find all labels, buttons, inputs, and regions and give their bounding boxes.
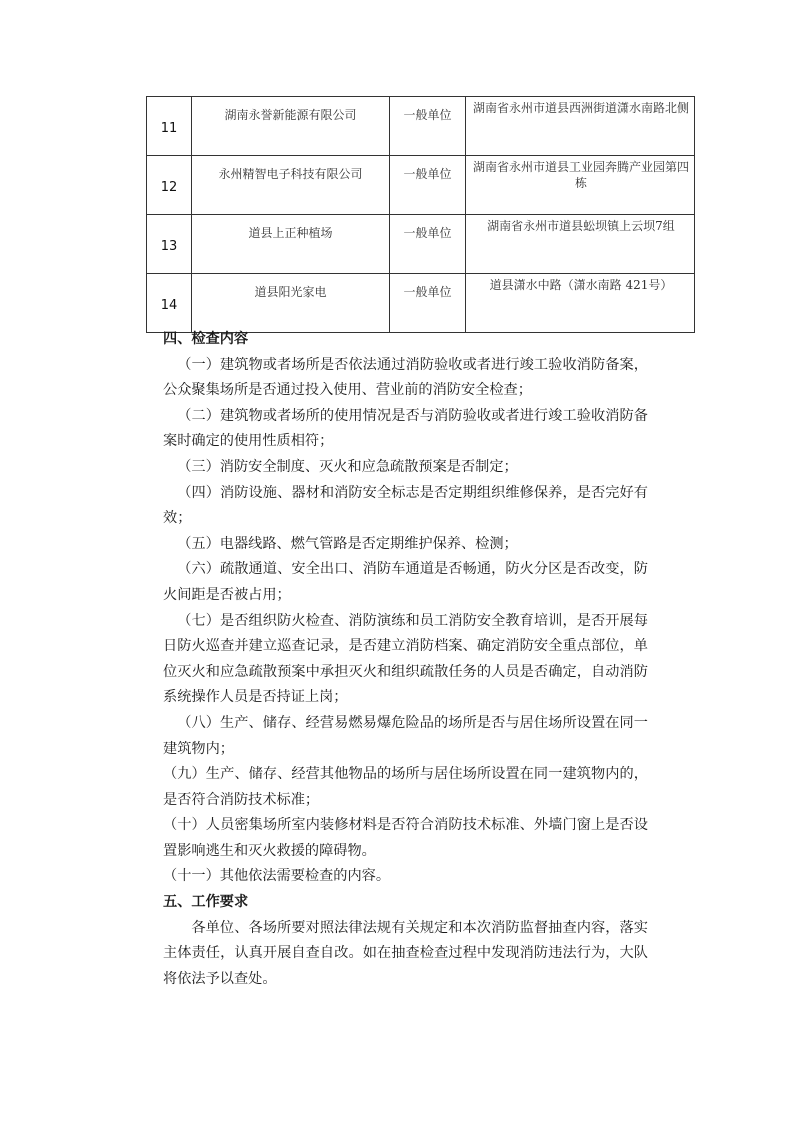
unit-address: 湖南省永州市道县蚣坝镇上云坝7组 — [466, 215, 695, 274]
unit-address: 道县潇水中路（潇水南路 421号） — [466, 274, 695, 333]
table-row: 13 道县上正种植场 一般单位 湖南省永州市道县蚣坝镇上云坝7组 — [147, 215, 695, 274]
unit-name: 道县阳光家电 — [192, 274, 390, 333]
inspection-item-7: （七）是否组织防火检查、消防演练和员工消防安全教育培训，是否开展每日防火巡查并建… — [163, 609, 648, 711]
inspection-item-2: （二）建筑物或者场所的使用情况是否与消防验收或者进行竣工验收消防备案时确定的使用… — [163, 404, 648, 455]
inspection-item-10: （十）人员密集场所室内装修材料是否符合消防技术标准、外墙门窗上是否设置影响逃生和… — [163, 813, 648, 864]
table-row: 12 永州精智电子科技有限公司 一般单位 湖南省永州市道县工业园奔腾产业园第四栋 — [147, 156, 695, 215]
unit-name: 永州精智电子科技有限公司 — [192, 156, 390, 215]
inspection-item-3: （三）消防安全制度、灭火和应急疏散预案是否制定； — [163, 455, 648, 481]
inspection-item-11: （十一）其他依法需要检查的内容。 — [163, 864, 648, 890]
unit-type: 一般单位 — [390, 274, 466, 333]
document-body: 四、检查内容 （一）建筑物或者场所是否依法通过消防验收或者进行竣工验收消防备案，… — [163, 327, 648, 992]
row-number: 13 — [147, 215, 192, 274]
inspection-item-4: （四）消防设施、器材和消防安全标志是否定期组织维修保养，是否完好有效； — [163, 481, 648, 532]
inspection-item-6: （六）疏散通道、安全出口、消防车通道是否畅通，防火分区是否改变，防火间距是否被占… — [163, 557, 648, 608]
document-page: 11 湖南永誉新能源有限公司 一般单位 湖南省永州市道县西洲街道潇水南路北侧 1… — [0, 0, 793, 1122]
inspection-units-table: 11 湖南永誉新能源有限公司 一般单位 湖南省永州市道县西洲街道潇水南路北侧 1… — [146, 96, 695, 333]
inspection-item-1: （一）建筑物或者场所是否依法通过消防验收或者进行竣工验收消防备案，公众聚集场所是… — [163, 353, 648, 404]
unit-address: 湖南省永州市道县西洲街道潇水南路北侧 — [466, 97, 695, 156]
table-row: 11 湖南永誉新能源有限公司 一般单位 湖南省永州市道县西洲街道潇水南路北侧 — [147, 97, 695, 156]
unit-type: 一般单位 — [390, 215, 466, 274]
unit-address: 湖南省永州市道县工业园奔腾产业园第四栋 — [466, 156, 695, 215]
unit-name: 道县上正种植场 — [192, 215, 390, 274]
section-heading-work-requirements: 五、工作要求 — [163, 890, 648, 916]
row-number: 12 — [147, 156, 192, 215]
row-number: 14 — [147, 274, 192, 333]
unit-type: 一般单位 — [390, 97, 466, 156]
unit-name: 湖南永誉新能源有限公司 — [192, 97, 390, 156]
row-number: 11 — [147, 97, 192, 156]
table-row: 14 道县阳光家电 一般单位 道县潇水中路（潇水南路 421号） — [147, 274, 695, 333]
section-heading-inspection-content: 四、检查内容 — [163, 327, 648, 353]
unit-type: 一般单位 — [390, 156, 466, 215]
work-requirements-body: 各单位、各场所要对照法律法规有关规定和本次消防监督抽查内容，落实主体责任，认真开… — [163, 916, 648, 993]
inspection-item-5: （五）电器线路、燃气管路是否定期维护保养、检测； — [163, 532, 648, 558]
inspection-item-8: （八）生产、储存、经营易燃易爆危险品的场所是否与居住场所设置在同一建筑物内； — [163, 711, 648, 762]
inspection-item-9: （九）生产、储存、经营其他物品的场所与居住场所设置在同一建筑物内的，是否符合消防… — [163, 762, 648, 813]
